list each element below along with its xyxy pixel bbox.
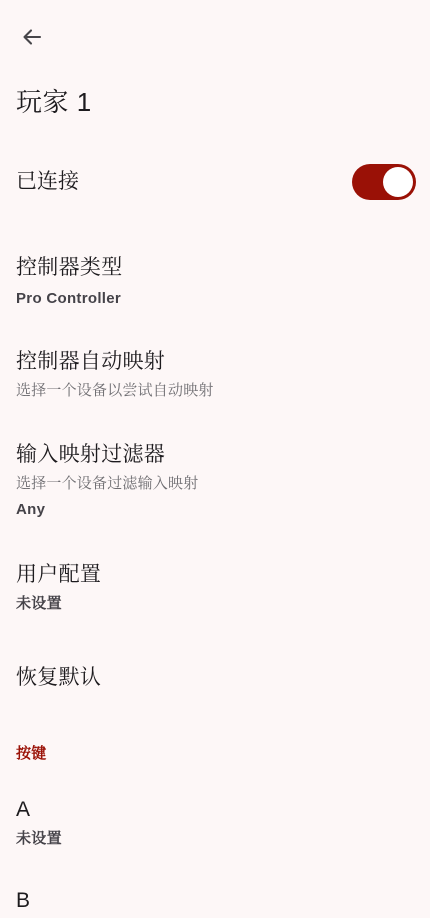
- connected-row[interactable]: 已连接: [16, 164, 416, 200]
- pref-restore-defaults[interactable]: 恢复默认: [0, 663, 430, 693]
- back-arrow-icon: [20, 25, 44, 49]
- buttons-section-header: 按键: [0, 744, 430, 764]
- pref-user-profile[interactable]: 用户配置 未设置: [0, 560, 430, 614]
- pref-title: 恢复默认: [16, 663, 414, 693]
- connected-toggle[interactable]: [352, 164, 416, 200]
- pref-title: A: [16, 795, 414, 825]
- pref-auto-mapping[interactable]: 控制器自动映射 选择一个设备以尝试自动映射: [0, 347, 430, 401]
- connected-label: 已连接: [16, 167, 79, 197]
- pref-value: Any: [16, 500, 414, 520]
- pref-button-a[interactable]: A 未设置: [0, 795, 430, 849]
- pref-summary: 选择一个设备以尝试自动映射: [16, 381, 414, 401]
- pref-title: 用户配置: [16, 560, 414, 590]
- pref-title: 控制器类型: [16, 253, 414, 283]
- toggle-thumb: [383, 167, 413, 197]
- toolbar: [0, 0, 430, 48]
- pref-title: 控制器自动映射: [16, 347, 414, 377]
- pref-controller-type[interactable]: 控制器类型 Pro Controller: [0, 253, 430, 309]
- pref-value: 未设置: [16, 594, 414, 614]
- pref-summary: 选择一个设备过滤输入映射: [16, 474, 414, 494]
- pref-value: 未设置: [16, 829, 414, 849]
- pref-input-filter[interactable]: 输入映射过滤器 选择一个设备过滤输入映射 Any: [0, 440, 430, 520]
- pref-value: Pro Controller: [16, 289, 414, 309]
- pref-button-b[interactable]: B: [0, 886, 430, 916]
- back-button[interactable]: [19, 24, 45, 50]
- pref-title: B: [16, 886, 414, 916]
- pref-title: 输入映射过滤器: [16, 440, 414, 470]
- page-title: 玩家 1: [16, 85, 414, 119]
- controller-settings-screen: 玩家 1 已连接 控制器类型 Pro Controller 控制器自动映射 选择…: [0, 0, 430, 918]
